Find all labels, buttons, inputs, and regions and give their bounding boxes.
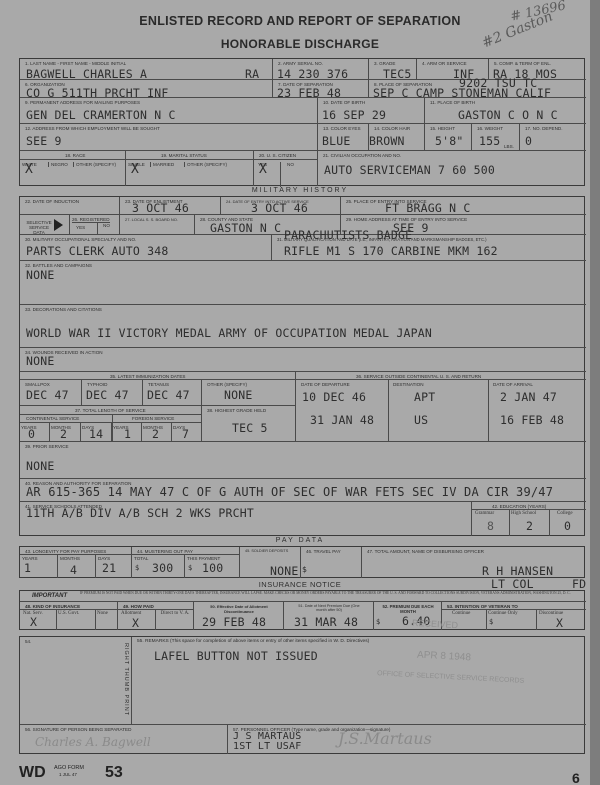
column-header: MONTHS xyxy=(60,556,80,561)
field-thumb-print: 54. RIGHT THUMB PRINT xyxy=(20,637,132,725)
typhoid-value: DEC 47 xyxy=(86,388,129,402)
grade-value: TEC5 xyxy=(383,67,412,81)
field-service-outside: 36. SERVICE OUTSIDE CONTINENTAL U. S. AN… xyxy=(296,372,586,441)
field-enlistment-date: 23. DATE OF ENLISTMENT 3 OCT 46 xyxy=(120,197,221,215)
component-prefix: RA xyxy=(245,67,259,81)
page-edge xyxy=(590,0,600,785)
field-label: 15. HEIGHT xyxy=(430,126,455,131)
birth-place-value: GASTON C O N C xyxy=(458,108,558,122)
field-wounds: 34. WOUNDS RECEIVED IN ACTION NONE xyxy=(20,348,586,372)
field-separation-reason: 40. REASON AND AUTHORITY FOR SEPARATION … xyxy=(20,479,586,502)
field-name: 1. LAST NAME - FIRST NAME - MIDDLE INITI… xyxy=(20,59,273,80)
next-premium-value: 31 MAR 48 xyxy=(294,615,358,629)
field-birth-date: 10. DATE OF BIRTH 16 SEP 29 xyxy=(318,98,425,124)
field-label: 46. TRAVEL PAY xyxy=(306,549,341,554)
nat-serv-mark: X xyxy=(30,615,37,629)
field-service-schools: 41. SERVICE SCHOOLS ATTENDED 11TH A/B DI… xyxy=(20,502,472,536)
arrival-date-2: 16 FEB 48 xyxy=(500,413,564,427)
field-label: 9. PERMANENT ADDRESS FOR MAILING PURPOSE… xyxy=(25,100,140,105)
field-separated-signature: 56. SIGNATURE OF PERSON BEING SEPARATED … xyxy=(20,725,228,754)
column-header: TYPHOID xyxy=(87,382,107,387)
field-permanent-address: 9. PERMANENT ADDRESS FOR MAILING PURPOSE… xyxy=(20,98,318,124)
field-label: 12. ADDRESS FROM WHICH EMPLOYMENT WILL B… xyxy=(25,126,160,131)
field-label: 3. GRADE xyxy=(374,61,395,66)
high-school-value: 2 xyxy=(526,519,533,533)
field-label: 1. LAST NAME - FIRST NAME - MIDDLE INITI… xyxy=(25,61,126,66)
field-eye-color: 13. COLOR EYES BLUE xyxy=(318,124,369,151)
eye-color-value: BLUE xyxy=(322,134,351,148)
active-service-date-value: 3 OCT 46 xyxy=(251,201,308,215)
form-date: 1 JUL 47 xyxy=(59,772,77,777)
field-label: 39. PRIOR SERVICE xyxy=(25,444,69,449)
service-schools-value: 11TH A/B DIV A/B SCH 2 WKS PRCHT xyxy=(26,506,254,520)
field-label: 11. PLACE OF BIRTH xyxy=(430,100,475,105)
field-mustering-out-pay: 44. MUSTERING OUT PAY TOTAL THIS PAYMENT… xyxy=(132,547,240,578)
field-military-qualification: 31. MILITARY QUALIFICATION AND DATE (i.e… xyxy=(272,235,586,261)
immunization-other: OTHER (specify) NONE xyxy=(202,380,296,406)
column-header: DESTINATION xyxy=(393,382,424,387)
field-label: 52. PREMIUM DUE EACH MONTH xyxy=(379,604,437,614)
departure-date-2: 31 JAN 48 xyxy=(310,413,374,427)
field-label: 21. CIVILIAN OCCUPATION AND NO. xyxy=(323,153,401,158)
field-label: 14. COLOR HAIR xyxy=(374,126,410,131)
field-insurance-kind: 48. KIND OF INSURANCE Nat. Serv. U.S. Go… xyxy=(20,602,118,630)
field-label: 45. SOLDIER DEPOSITS xyxy=(245,549,288,553)
field-active-service-date: 24. DATE OF ENTRY INTO ACTIVE SERVICE 3 … xyxy=(221,197,341,215)
permanent-address-value: GEN DEL CRAMERTON N C xyxy=(26,108,176,122)
birth-date-value: 16 SEP 29 xyxy=(322,108,386,122)
field-travel-pay: 46. TRAVEL PAY $ xyxy=(301,547,362,578)
field-label: 22. DATE OF INDUCTION xyxy=(25,199,79,204)
field-serial: 2. ARMY SERIAL NO. 14 230 376 xyxy=(273,59,369,80)
occupational-specialty-value: PARTS CLERK AUTO 348 xyxy=(26,244,168,258)
field-entry-place: 25. PLACE OF ENTRY INTO SERVICE FT BRAGG… xyxy=(341,197,586,215)
field-label: 38. HIGHEST GRADE HELD xyxy=(207,408,266,413)
column-header: High School xyxy=(511,511,536,516)
citizen-option-no: NO xyxy=(280,162,294,187)
discontinue-mark: X xyxy=(556,616,563,630)
field-disbursing-officer: 47. TOTAL AMOUNT, NAME OF DISBURSING OFF… xyxy=(362,547,586,578)
document-page: ENLISTED RECORD AND REPORT OF SEPARATION… xyxy=(0,0,590,785)
soldier-deposits-value: NONE xyxy=(270,564,299,578)
column-header: Direct to V. A. xyxy=(158,611,192,616)
immunization-typhoid: TYPHOID DEC 47 xyxy=(82,380,143,406)
field-label: 4. ARM OR SERVICE xyxy=(422,61,467,66)
longevity-days: 21 xyxy=(102,561,116,575)
weight-unit: LBS. xyxy=(504,144,514,149)
field-soldier-deposits: 45. SOLDIER DEPOSITS NONE xyxy=(240,547,301,578)
field-label: 37. TOTAL LENGTH OF SERVICE xyxy=(75,408,146,413)
destination-2: US xyxy=(414,413,428,427)
field-label: 50. Effective Date of Allotment Disconti… xyxy=(204,604,274,614)
field-separation-date: 7. DATE OF SEPARATION 23 FEB 48 xyxy=(273,80,369,98)
field-next-premium: 51. Date of Next Premium Due (One month … xyxy=(284,602,374,630)
continental-service-label: CONTINENTAL SERVICE xyxy=(26,416,79,421)
race-options: WHITE NEGRO OTHER (specify) X xyxy=(20,159,126,186)
foreign-days: DAYS7 xyxy=(172,423,202,441)
form-prefix: WD xyxy=(19,764,46,782)
field-highest-grade: 38. HIGHEST GRADE HELD TEC 5 xyxy=(202,406,296,441)
form-number: 53 xyxy=(105,764,123,782)
remarks-block: 54. RIGHT THUMB PRINT 55. REMARKS (This … xyxy=(19,636,585,754)
field-local-board: 27. LOCAL S. S. BOARD NO. xyxy=(120,215,195,235)
race-option-negro: NEGRO xyxy=(48,162,68,167)
currency-symbol: $ xyxy=(188,564,192,572)
field-immunizations: 35. LATEST IMMUNIZATION DATES SMALLPOX D… xyxy=(20,372,296,441)
arrival-date-1: 2 JAN 47 xyxy=(500,390,557,404)
field-label: 30. MILITARY OCCUPATIONAL SPECIALTY AND … xyxy=(25,237,136,242)
field-education: 42. EDUCATION (Years) Grammar High Schoo… xyxy=(472,502,586,536)
allotment-mark: X xyxy=(132,616,139,630)
employment-address-value: SEE 9 xyxy=(26,134,62,148)
field-longevity: 43. LONGEVITY FOR PAY PURPOSES YEARS MON… xyxy=(20,547,132,578)
arrow-right-icon xyxy=(54,219,63,231)
total-label: TOTAL xyxy=(134,556,148,561)
registered-no: NO xyxy=(97,223,110,235)
travel-pay-value: $ xyxy=(302,565,307,574)
mustering-total: 300 xyxy=(152,561,173,575)
personnel-officer-signature: J.S.Martaus xyxy=(338,729,432,748)
field-citizen: 20. U. S. CITIZEN YES NO X xyxy=(254,151,318,186)
continental-days-value: 14 xyxy=(89,427,103,441)
citizen-options: YES NO X xyxy=(254,159,318,186)
pay-data-heading: PAY DATA xyxy=(0,537,600,544)
field-label: 20. U. S. CITIZEN xyxy=(259,153,296,158)
field-civilian-occupation: 21. CIVILIAN OCCUPATION AND NO. AUTO SER… xyxy=(318,151,586,186)
column-header: Grammar xyxy=(475,511,494,516)
field-label: 16. WEIGHT xyxy=(477,126,503,131)
field-how-paid: 49. HOW PAID Allotment Direct to V. A. X xyxy=(118,602,194,630)
field-label: 10. DATE OF BIRTH xyxy=(323,100,365,105)
column-header: Continue Only xyxy=(488,611,518,616)
disbursing-officer-name: R H HANSEN xyxy=(482,564,553,578)
college-value: 0 xyxy=(564,519,571,533)
destination-1: APT xyxy=(414,390,435,404)
battles-value: NONE xyxy=(26,268,55,282)
stamp-office: OFFICE OF SELECTIVE SERVICE RECORDS xyxy=(377,670,524,685)
column-header: U.S. Govt. xyxy=(58,611,79,616)
allotment-discontinuance-value: 29 FEB 48 xyxy=(202,615,266,629)
weight-value: 155 xyxy=(479,134,500,148)
field-occupational-specialty: 30. MILITARY OCCUPATIONAL SPECIALTY AND … xyxy=(20,235,272,261)
race-option-other: OTHER (specify) xyxy=(73,162,116,167)
field-organization: 6. ORGANIZATION CO G 511TH PRCHT INF xyxy=(20,80,273,98)
important-notice: IMPORTANT IF PREMIUM IS NOT PAID WHEN DU… xyxy=(20,591,586,602)
stamp-date: APR 8 1948 xyxy=(417,650,471,664)
column-header: College xyxy=(557,511,573,516)
qualification-overtype: PARACHUTISTS BADGE xyxy=(284,228,412,242)
field-dependents: 17. NO. DEPEND. 0 xyxy=(520,124,586,151)
field-label: 2. ARMY SERIAL NO. xyxy=(278,61,323,66)
foreign-months: MONTHS2 xyxy=(142,423,172,441)
insurance-notice-heading: INSURANCE NOTICE xyxy=(0,580,600,589)
field-battles: 32. BATTLES AND CAMPAIGNS NONE xyxy=(20,261,586,305)
form-sub: AGO FORM xyxy=(54,765,84,771)
marital-option-married: MARRIED xyxy=(150,162,174,167)
column-header: None xyxy=(97,611,108,616)
field-prior-service: 39. PRIOR SERVICE NONE xyxy=(20,441,586,479)
separated-person-signature: Charles A. Bagwell xyxy=(35,735,151,749)
smallpox-value: DEC 47 xyxy=(26,388,69,402)
field-label: 47. TOTAL AMOUNT, NAME OF DISBURSING OFF… xyxy=(367,549,484,554)
currency-symbol: $ xyxy=(489,618,493,626)
immunization-table: SMALLPOX DEC 47 TYPHOID DEC 47 TETANUS D… xyxy=(20,379,296,406)
column-header: TETANUS xyxy=(148,382,169,387)
field-registered: 26. REGISTERED YES NO xyxy=(70,215,120,235)
longevity-months: 4 xyxy=(70,563,77,577)
notice-text: IF PREMIUM IS NOT PAID WHEN DUE OR WITHI… xyxy=(80,591,580,595)
marital-options: SINGLE MARRIED OTHER (specify) X xyxy=(126,159,254,186)
column-header: OTHER (specify) xyxy=(207,382,247,387)
field-height: 15. HEIGHT 5'8" xyxy=(425,124,472,151)
immunization-smallpox: SMALLPOX DEC 47 xyxy=(20,380,82,406)
grammar-value: 8 xyxy=(487,519,494,533)
field-label: 56. SIGNATURE OF PERSON BEING SEPARATED xyxy=(25,727,131,732)
field-allotment-discontinuance: 50. Effective Date of Allotment Disconti… xyxy=(194,602,284,630)
field-weight: 16. WEIGHT 155 LBS. xyxy=(472,124,520,151)
tetanus-value: DEC 47 xyxy=(147,388,190,402)
continental-years-value: 0 xyxy=(28,427,35,441)
field-birth-place: 11. PLACE OF BIRTH GASTON C O N C xyxy=(425,98,586,124)
insurance-block: IMPORTANT IF PREMIUM IS NOT PAID WHEN DU… xyxy=(19,590,585,630)
field-label: 51. Date of Next Premium Due (One month … xyxy=(294,604,364,612)
foreign-service-label: FOREIGN SERVICE xyxy=(132,416,174,421)
remarks-value: LAFEL BUTTON NOT ISSUED xyxy=(154,649,318,663)
registered-yes: YES xyxy=(76,225,85,230)
field-remarks: 55. REMARKS (This space for completion o… xyxy=(132,637,586,725)
field-race: 18. RACE WHITE NEGRO OTHER (specify) X xyxy=(20,151,126,186)
highest-grade-value: TEC 5 xyxy=(232,421,268,435)
marital-mark: X xyxy=(131,162,139,177)
field-induction-date: 22. DATE OF INDUCTION xyxy=(20,197,120,215)
field-label: 55. REMARKS (This space for completion o… xyxy=(137,639,369,644)
foreign-years: YEARS1 xyxy=(112,423,142,441)
service-length-row: YEARS0 MONTHS2 DAYS14 YEARS1 MONTHS2 DAY… xyxy=(20,423,202,441)
county-state-value: GASTON N C xyxy=(210,221,281,235)
field-employment-address: 12. ADDRESS FROM WHICH EMPLOYMENT WILL B… xyxy=(20,124,318,151)
field-marital-status: 19. MARITAL STATUS SINGLE MARRIED OTHER … xyxy=(126,151,254,186)
personnel-officer-grade: 1ST LT USAF xyxy=(233,741,301,752)
entry-place-value: FT BRAGG N C xyxy=(385,201,470,215)
military-history-heading: MILITARY HISTORY xyxy=(0,187,600,194)
citizen-mark: X xyxy=(259,162,267,177)
dependents-value: 0 xyxy=(525,134,532,148)
marital-option-other: OTHER (specify) xyxy=(184,162,227,167)
height-value: 5'8" xyxy=(435,134,464,148)
column-header: Continue xyxy=(452,611,470,616)
foreign-months-value: 2 xyxy=(152,427,159,441)
column-header: DATE OF ARRIVAL xyxy=(493,382,533,387)
civilian-occupation-value: AUTO SERVICEMAN 7 60 500 xyxy=(324,163,495,177)
important-label: IMPORTANT xyxy=(32,593,67,599)
pay-data-block: 43. LONGEVITY FOR PAY PURPOSES YEARS MON… xyxy=(19,546,585,578)
field-label: 19. MARITAL STATUS xyxy=(161,153,207,158)
continental-years: YEARS0 xyxy=(20,423,50,441)
field-hair-color: 14. COLOR HAIR BROWN xyxy=(369,124,425,151)
hair-color-value: BROWN xyxy=(369,134,405,148)
field-label: 27. LOCAL S. S. BOARD NO. xyxy=(125,217,178,222)
field-personnel-officer: 57. PERSONNEL OFFICER (Type name, grade … xyxy=(228,725,586,754)
field-label: 54. xyxy=(25,639,31,644)
departure-date-1: 10 DEC 46 xyxy=(302,390,366,404)
continental-months-value: 2 xyxy=(60,427,67,441)
field-separation-place: 8. PLACE OF SEPARATION 9202 TSU TC SEP C… xyxy=(369,80,586,98)
personal-data-block: 1. LAST NAME - FIRST NAME - MIDDLE INITI… xyxy=(19,58,585,186)
separation-reason-value: AR 615-365 14 MAY 47 C OF G AUTH OF SEC … xyxy=(26,485,553,499)
continental-days: DAYS14 xyxy=(81,423,112,441)
selective-service-text: SELECTIVE SERVICE DATA xyxy=(23,220,55,235)
currency-symbol: $ xyxy=(135,564,139,572)
decorations-value: WORLD WAR II VICTORY MEDAL ARMY OF OCCUP… xyxy=(26,326,432,340)
other-value: NONE xyxy=(224,388,253,402)
race-mark: X xyxy=(25,162,33,177)
wounds-value: NONE xyxy=(26,354,55,368)
field-label: 13. COLOR EYES xyxy=(323,126,361,131)
serial-value: 14 230 376 xyxy=(277,67,348,81)
immunization-tetanus: TETANUS DEC 47 xyxy=(143,380,202,406)
field-veteran-intention: 53. INTENTION OF VETERAN TO Continue Con… xyxy=(442,602,586,630)
foreign-days-value: 7 xyxy=(182,427,189,441)
prior-service-value: NONE xyxy=(26,459,55,473)
enlistment-date-value: 3 OCT 46 xyxy=(132,201,189,215)
military-history-block: 22. DATE OF INDUCTION 23. DATE OF ENLIST… xyxy=(19,196,585,536)
field-label: 18. RACE xyxy=(65,153,85,158)
field-label: 17. NO. DEPEND. xyxy=(525,126,563,131)
field-label: 33. DECORATIONS AND CITATIONS xyxy=(25,307,102,312)
mustering-payment: 100 xyxy=(202,561,223,575)
selective-service-label: SELECTIVE SERVICE DATA xyxy=(20,215,70,235)
longevity-years: 1 xyxy=(24,561,31,575)
military-qualification-value: RIFLE M1 S 170 CARBINE MKM 162 xyxy=(284,244,498,258)
foreign-years-value: 1 xyxy=(124,427,131,441)
currency-symbol: $ xyxy=(376,618,380,626)
continental-months: MONTHS2 xyxy=(50,423,81,441)
field-total-service: 37. TOTAL LENGTH OF SERVICE CONTINENTAL … xyxy=(20,406,202,441)
field-decorations: 33. DECORATIONS AND CITATIONS WORLD WAR … xyxy=(20,305,586,348)
column-header: DATE OF DEPARTURE xyxy=(301,382,350,387)
name-value: BAGWELL CHARLES A xyxy=(26,67,147,81)
column-header: SMALLPOX xyxy=(25,382,50,387)
thumb-print-label: RIGHT THUMB PRINT xyxy=(123,643,129,716)
field-label: 5. COMP. & TERM OF ENL. xyxy=(494,61,551,66)
field-grade: 3. GRADE TEC5 xyxy=(369,59,417,80)
page-mark: 6 xyxy=(572,770,580,785)
